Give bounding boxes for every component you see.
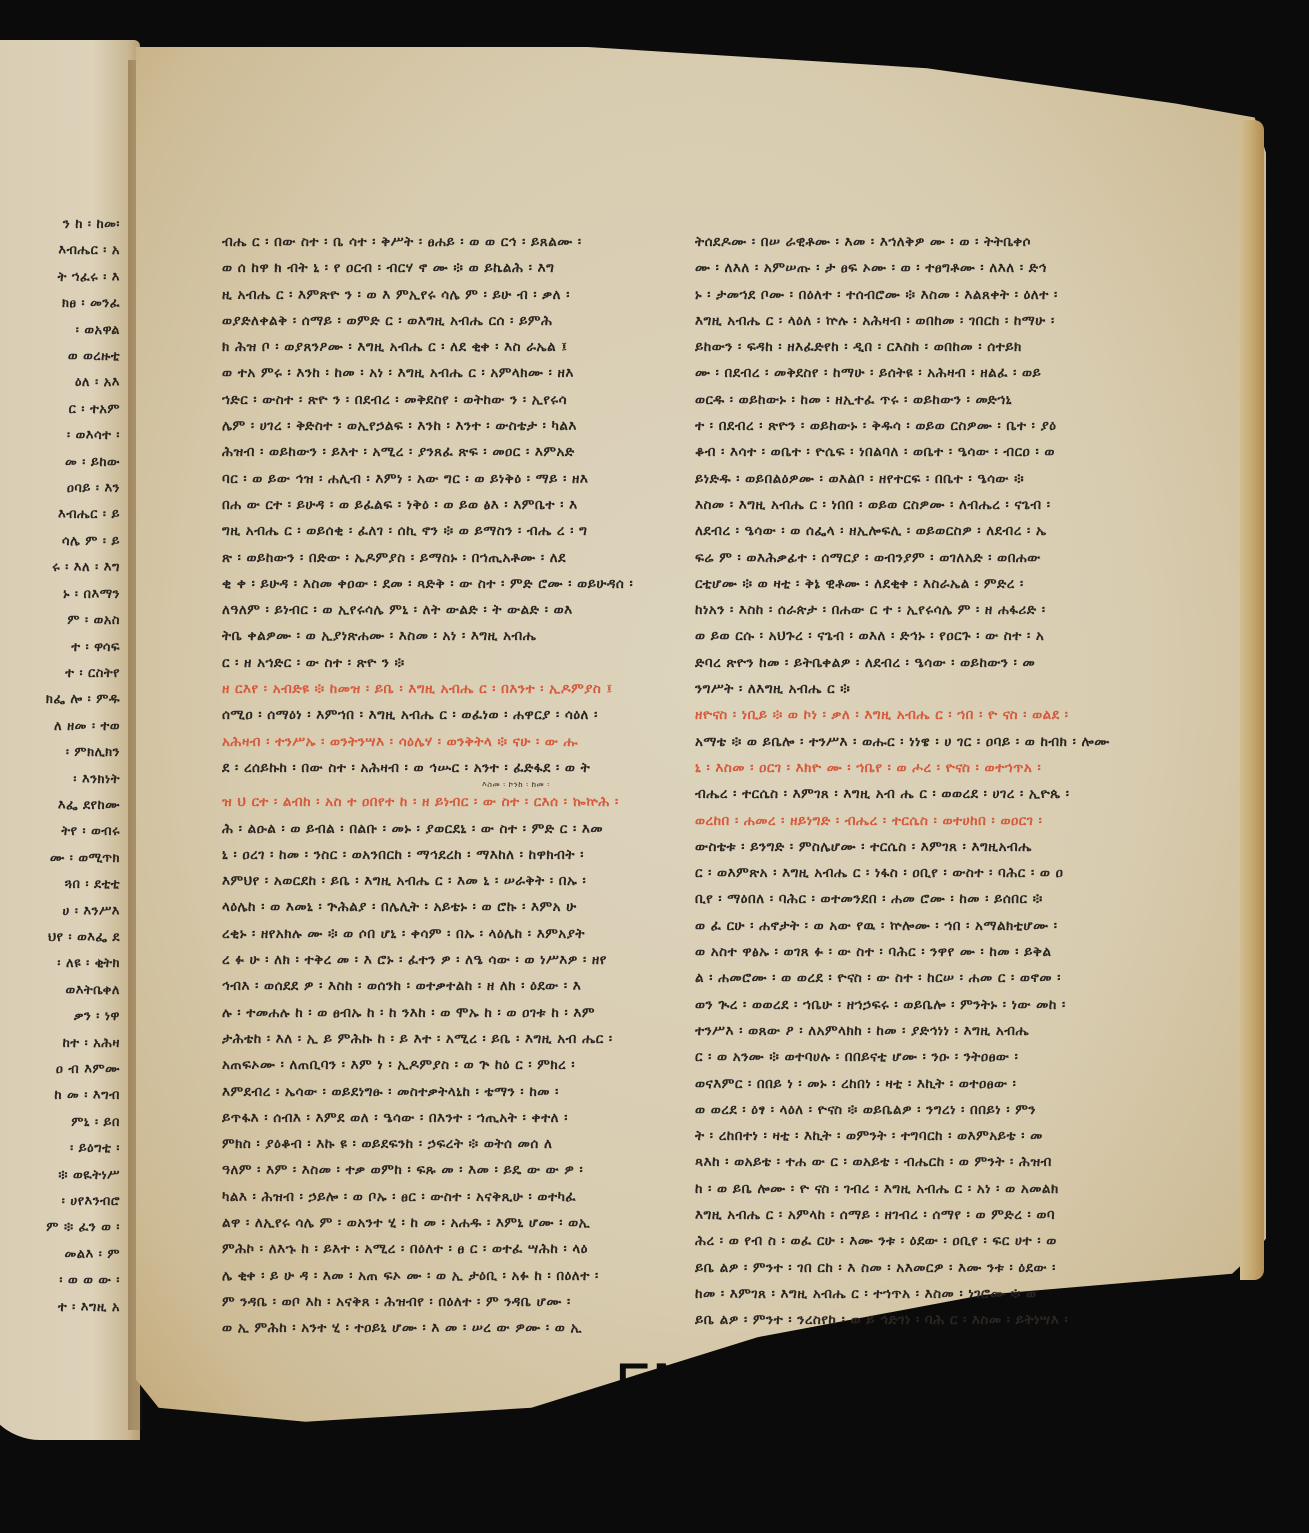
text-line: ልዋ ፡ ለኢየሩ ሳሌ ም ፡ ወአንተ ሂ ፡ ከ መ ፡ አሐዱ ፡ እም… xyxy=(222,1210,652,1236)
text-line: ወ አስተ ዋፅኡ ፡ ወገጸ ፉ ፡ ው ስተ ፡ ባሕር ፡ ንዋየ ሙ ፡… xyxy=(695,939,1115,965)
text-line: እብሔር ፡ ይ xyxy=(0,502,120,528)
text-line: ሰሚዐ ፡ ሰማዕነ ፡ እምኀበ ፡ እግዚ አብሔ ር ፡ ወፈነወ ፡ ሐ… xyxy=(222,702,652,728)
text-line: ር ፡ ተአም xyxy=(0,397,120,423)
rubric-line: ዘ ርእየ ፡ አብድዩ ፨ ከመዝ ፡ ይቤ ፡ እግዚ አብሔ ር ፡ በእ… xyxy=(222,676,652,702)
text-line: እምደብረ ፡ ኤሳው ፡ ወይደነግፁ ፡ መስተቃትላኒከ ፡ ቴማን ፡ … xyxy=(222,1079,652,1105)
text-line: ሕረ ፡ ወ የብ ስ ፡ ወፈ ርሁ ፡ እሙ ንቱ ፡ ዕደው ፡ ዐቢየ … xyxy=(695,1228,1115,1254)
text-line: ዐ ብ እምሙ xyxy=(0,1057,120,1083)
text-line: ተ ፡ በደብረ ፡ ጽዮን ፡ ወይከውኑ ፡ ቅዱሳ ፡ ወይወ ርስዎሙ … xyxy=(695,413,1115,439)
text-line: መ ፡ ይከው xyxy=(0,450,120,476)
text-line: ፨ ወዪትነሥ xyxy=(0,1163,120,1189)
text-line: ሕዝብ ፡ ወይከውን ፡ ይእተ ፡ አሚረ ፡ ያንጸፈ ጽፍ ፡ መዐር … xyxy=(222,439,652,465)
text-line: ኑ ፡ ታመኀደ ቦሙ ፡ በዕለተ ፡ ተሰብሮሙ ፨ እስመ ፡ እልጸቀት… xyxy=(695,282,1115,308)
text-line: ለዓለም ፡ ይነብር ፡ ወ ኢየሩሳሌ ምኒ ፡ ለት ውልድ ፡ ት ውል… xyxy=(222,597,652,623)
text-line: ል ፡ ሐመሮሙ ፡ ወ ወረደ ፡ ዮናስ ፡ ው ስተ ፡ ከርሠ ፡ ሐመ… xyxy=(695,965,1115,991)
text-line: ጻእከ ፡ ወአይቴ ፡ ተሐ ው ር ፡ ወአይቴ ፡ ብሔርከ ፡ ወ ምን… xyxy=(695,1149,1115,1175)
text-line: ወ ፈ ርሁ ፡ ሐኖታት ፡ ወ አው የዉ ፡ ኵሎሙ ፡ ኀበ ፡ አማል… xyxy=(695,913,1115,939)
text-line: ሕ ፡ ልዑል ፡ ወ ይብል ፡ በልቡ ፡ መኑ ፡ ያወርደኒ ፡ ው ስ… xyxy=(222,816,652,842)
text-line: ር ፡ ዘ አኀድር ፡ ው ስተ ፡ ጽዮ ን ፨ xyxy=(222,650,652,676)
text-line: ክ ሕዝ ቦ ፡ ወያጸንዖሙ ፡ እግዚ አብሔ ር ፡ ለደ ቂቀ ፡ እስ… xyxy=(222,334,652,360)
text-line: ወ ወረዙቲ xyxy=(0,344,120,370)
text-line: እስመ ፡ እግዚ አብሔ ር ፡ ነበበ ፡ ወይወ ርስዎሙ ፡ ለብሔረ … xyxy=(695,492,1115,518)
text-line: እግዚ አብሔ ር ፡ አምላከ ፡ ሰማይ ፡ ዘገብረ ፡ ሰማየ ፡ ወ … xyxy=(695,1202,1115,1228)
text-line: ፡ እንክነት xyxy=(0,767,120,793)
text-line: ዓለም ፡ እም ፡ እስመ ፡ ተቃ ወምከ ፡ ፍጹ መ ፡ እመ ፡ ይዴ… xyxy=(222,1157,652,1183)
text-column-right: ትሰደዶሙ ፡ በሠ ራዊቶሙ ፡ እመ ፡ እኀለቅዎ ሙ ፡ ወ ፡ ትትቤ… xyxy=(695,229,1115,1333)
text-line: ባር ፡ ወ ይው ኅዝ ፡ ሐሊብ ፡ እምነ ፡ አው ግር ፡ ወ ይነቅ… xyxy=(222,466,652,492)
text-line: መልእ ፡ ም xyxy=(0,1242,120,1268)
text-column-left: ብሔ ር ፡ በው ስተ ፡ ቤ ሳተ ፡ ቅሥት ፡ ፀሐይ ፡ ወ ወ ርኅ… xyxy=(222,229,652,1341)
text-line: ከነአን ፡ እስከ ፡ ሰራጵታ ፡ በሐው ር ተ ፡ ኢየሩሳሌ ም ፡ … xyxy=(695,597,1115,623)
text-line: አማቴ ፨ ወ ይቤሎ ፡ ተንሥእ ፡ ወሑር ፡ ነነዌ ፡ ሀ ገር ፡ … xyxy=(695,729,1115,755)
text-line: ወርዱ ፡ ወይከውኑ ፡ ከመ ፡ ዘኢተፈ ጥሩ ፡ ወይከውን ፡ መድኀ… xyxy=(695,387,1115,413)
manuscript-photo: ን ከ ፡ ከመ፡እብሔር ፡ አት ኀፈሩ ፡ እክፀ ፡ መንፈ፡ ወአዋል… xyxy=(0,0,1309,1533)
text-line: ሙ ፡ በደብረ ፡ መቅደስየ ፡ ከማሁ ፡ ይሰትዩ ፡ አሕዛብ ፡ ዘ… xyxy=(695,360,1115,386)
text-line: ክፌ ሎ ፡ ምዱ xyxy=(0,687,120,713)
text-line: እግዚ አብሔ ር ፡ ላዕለ ፡ ኵሉ ፡ አሕዛብ ፡ ወበከመ ፡ ገበር… xyxy=(695,308,1115,334)
text-line: ወን ጒረ ፡ ወወረደ ፡ ኀቤሁ ፡ ዘኀኃፍሩ ፡ ወይቤሎ ፡ ምንትኑ… xyxy=(695,992,1115,1018)
text-line: ፡ ወአዋል xyxy=(0,318,120,344)
text-line: ግዚ አብሔ ር ፡ ወይሰቂ ፡ ፈለገ ፡ ሰኪ ኖን ፨ ወ ይማስን ፡… xyxy=(222,518,652,544)
text-line: እፌ ደየከሙ xyxy=(0,793,120,819)
text-line: ሌ ቂቀ ፡ ይ ሁ ዳ ፡ እመ ፡ አጠ ፍኦ ሙ ፡ ወ ኢ ታዕቢ ፡ … xyxy=(222,1263,652,1289)
left-page-text-column: ን ከ ፡ ከመ፡እብሔር ፡ አት ኀፈሩ ፡ እክፀ ፡ መንፈ፡ ወአዋል… xyxy=(0,212,120,1321)
text-line: ት ፡ ረከበተነ ፡ ዛቲ ፡ እኪት ፡ ወምንት ፡ ተግባርከ ፡ ወእ… xyxy=(695,1123,1115,1149)
text-line: ን ከ ፡ ከመ፡ xyxy=(0,212,120,238)
text-line: ላዕሌከ ፡ ወ እመኒ ፡ ጕሕልያ ፡ በሌሊት ፡ አይቴኑ ፡ ወ ሮኩ… xyxy=(222,894,652,920)
text-line: ም ፨ ፈን ወ ፡ xyxy=(0,1215,120,1241)
text-line: ፡ ምክሊክን xyxy=(0,740,120,766)
interlinear-note: እስመ ፡ ኮንከ ፡ ከመ ፡ xyxy=(482,781,652,789)
text-line: እብሔር ፡ አ xyxy=(0,238,120,264)
rubric-line: አሕዛብ ፡ ተንሥኡ ፡ ወንትንሣእ ፡ ሳዕሌሃ ፡ ወንቅትላ ፨ ናሁ… xyxy=(222,729,652,755)
text-line: ንግሥት ፡ ለእግዚ አብሔ ር ፨ xyxy=(695,676,1115,702)
text-line: ር ፡ ወእምጽአ ፡ እግዚ አብሔ ር ፡ ነፋስ ፡ ዐቢየ ፡ ውስተ … xyxy=(695,860,1115,886)
rubric-line: ዘዮናስ ፡ ነቢይ ፨ ወ ኮነ ፡ ቃለ ፡ እግዚ አብሔ ር ፡ ኀበ … xyxy=(695,702,1115,728)
text-line: ወ ኢ ምሕከ ፡ አንተ ሂ ፡ ተዐይኒ ሆሙ ፡ እ መ ፡ ሠረ ው ዎ… xyxy=(222,1315,652,1341)
rubric-line: ወረከበ ፡ ሐመረ ፡ ዘይነግድ ፡ ብሔረ ፡ ተርሴስ ፡ ወተሀከበ … xyxy=(695,808,1115,834)
text-line: እምህየ ፡ አወርደከ ፡ ይቤ ፡ እግዚ አብሔ ር ፡ እመ ኒ ፡ ሠ… xyxy=(222,868,652,894)
text-line: ይከውን ፡ ፍዳከ ፡ ዘእፈድየከ ፡ ዲበ ፡ ርእስከ ፡ ወበከመ ፡… xyxy=(695,334,1115,360)
text-line: ም ፡ ወአስ xyxy=(0,608,120,634)
text-line: ለ ዘመ ፡ ተወ xyxy=(0,714,120,740)
text-line: ከተ ፡ አሕዛ xyxy=(0,1031,120,1057)
text-line: ደ ፡ ረሰይኩከ ፡ በው ስተ ፡ አሕዛብ ፡ ወ ኅሡር ፡ አንተ ፡… xyxy=(222,755,652,781)
text-line: ህየ ፡ ወእፌ ደ xyxy=(0,925,120,951)
text-line: ሌም ፡ ሀገረ ፡ ቅድስተ ፡ ወኢየኃልፍ ፡ እንከ ፡ እንተ ፡ ው… xyxy=(222,413,652,439)
text-line: ጓበ ፡ ደቲቲ xyxy=(0,872,120,898)
text-line: ሀ ፡ እንሥእ xyxy=(0,899,120,925)
rubric-line: ኒ ፡ እስመ ፡ ዐርገ ፡ እክዮ ሙ ፡ ኀቤየ ፡ ወ ሖረ ፡ ዮናስ… xyxy=(695,755,1115,781)
text-line: ቢየ ፡ ማዕበለ ፡ ባሕር ፡ ወተመንደበ ፡ ሐመ ሮሙ ፡ ከመ ፡ … xyxy=(695,886,1115,912)
text-line: ተ ፡ ዋሳፍ xyxy=(0,635,120,661)
text-line: ወእትቤቀለ xyxy=(0,978,120,1004)
text-line: ረቂኑ ፡ ዘየአክሉ ሙ ፨ ወ ሶበ ሆኒ ፡ ቀሳም ፡ በኡ ፡ ላዕሌ… xyxy=(222,921,652,947)
text-line: ዐባይ ፡ እን xyxy=(0,476,120,502)
text-line: ረ ፉ ሁ ፡ ለክ ፡ ተቅረ መ ፡ እ ሮኑ ፡ ፈተን ዎ ፡ ለዔ ሳ… xyxy=(222,947,652,973)
text-line: ተንሥእ ፡ ወጸው ዖ ፡ ለአምላክከ ፡ ከመ ፡ ያድኅነነ ፡ እግዚ… xyxy=(695,1018,1115,1044)
text-line: ሙ ፡ ለእለ ፡ አምሠጡ ፡ ታ ፀፍ ኦሙ ፡ ወ ፡ ተፀግቶሙ ፡ ለ… xyxy=(695,255,1115,281)
text-line: ትቤ ቀልዎሙ ፡ ወ ኢያነጽሐሙ ፡ እስመ ፡ አነ ፡ እግዚ አብሔ xyxy=(222,623,652,649)
text-line: ዚ አብሔ ር ፡ እምጽዮ ን ፡ ወ እ ምኢየሩ ሳሌ ም ፡ ይሁ ብ … xyxy=(222,282,652,308)
text-line: ቃን ፡ ነዋ xyxy=(0,1004,120,1030)
text-line: ታሕቴከ ፡ እለ ፡ ኢ ይ ምሕኩ ከ ፡ ይ እተ ፡ አሚረ ፡ ይቤ … xyxy=(222,1026,652,1052)
text-line: ርቲሆሙ ፨ ወ ዛቲ ፡ ቅኔ ዊቶሙ ፡ ለደቂቀ ፡ እስራኤል ፡ ምድ… xyxy=(695,571,1115,597)
text-line: ከ ፡ ወ ይቤ ሎሙ ፡ ዮ ናስ ፡ ገብረ ፡ እግዚ አብሔ ር ፡ አ… xyxy=(695,1176,1115,1202)
text-line: ኅብእ ፡ ወሰደደ ዎ ፡ እስከ ፡ ወሰንከ ፡ ወተቃተልከ ፡ ዘ ለ… xyxy=(222,973,652,999)
text-line: ት ኀፈሩ ፡ እ xyxy=(0,265,120,291)
text-line: ምክስ ፡ ያዕቆብ ፡ እኩ ዩ ፡ ወይደፍንከ ፡ ኃፍረት ፨ ወትሰ … xyxy=(222,1131,652,1157)
text-line: ይነድዱ ፡ ወይበልዕዎሙ ፡ ወእልቦ ፡ ዘየተርፍ ፡ በቤተ ፡ ዔሳ… xyxy=(695,466,1115,492)
text-line: ፡ ይዕግቲ ፡ xyxy=(0,1136,120,1162)
text-line: ክፀ ፡ መንፈ xyxy=(0,291,120,317)
text-line: ተ ፡ እግዚ አ xyxy=(0,1295,120,1321)
text-line: በሐ ው ርተ ፡ ይሁዳ ፡ ወ ይፈልፍ ፡ ነቅዕ ፡ ወ ይወ ፅእ ፡… xyxy=(222,492,652,518)
text-line: ከመ ፡ እምገጸ ፡ እግዚ አብሔ ር ፡ ተኀጥአ ፡ እስመ ፡ ነገሮ… xyxy=(695,1281,1115,1307)
text-line: ሙ ፡ ወሚጥክ xyxy=(0,846,120,872)
text-line: ተ ፡ ርስትየ xyxy=(0,661,120,687)
text-line: ከ መ ፡ እግብ xyxy=(0,1083,120,1109)
text-line: ይጥፋእ ፡ ሰብእ ፡ እምደ ወለ ፡ ዔሳው ፡ በእንተ ፡ ኀጢአት … xyxy=(222,1105,652,1131)
text-line: ብሔረ ፡ ተርሴስ ፡ እምገጸ ፡ እግዚ አብ ሔ ር ፡ ወወረደ ፡ … xyxy=(695,781,1115,807)
text-line: ኑ ፡ በእማን xyxy=(0,582,120,608)
text-line: ብሔ ር ፡ በው ስተ ፡ ቤ ሳተ ፡ ቅሥት ፡ ፀሐይ ፡ ወ ወ ርኅ… xyxy=(222,229,652,255)
text-line: ኀድር ፡ ውስተ ፡ ጽዮ ን ፡ በደብረ ፡ መቅደስየ ፡ ወትከው ን… xyxy=(222,387,652,413)
text-line: ፡ ለዩ ፡ ቂትክ xyxy=(0,951,120,977)
text-line: ም ንዳቤ ፡ ወቦ እከ ፡ አናቅጸ ፡ ሕዝብየ ፡ በዕለተ ፡ ም ን… xyxy=(222,1289,652,1315)
page-fore-edge xyxy=(1240,120,1264,1280)
text-line: ዕለ ፡ አእ xyxy=(0,370,120,396)
text-line: ውስቴቱ ፡ ይንግድ ፡ ምስሌሆሙ ፡ ተርሴስ ፡ እምገጸ ፡ እግዚአ… xyxy=(695,834,1115,860)
text-line: ፡ ሀየእንብሮ xyxy=(0,1189,120,1215)
text-line: ለደብረ ፡ ዔሳው ፡ ወ ሰፌላ ፡ ዘኢሎፍሊ ፡ ወይወርስዎ ፡ ለደ… xyxy=(695,518,1115,544)
text-line: ትየ ፡ ወብሩ xyxy=(0,819,120,845)
text-line: ቆብ ፡ እሳተ ፡ ወቤተ ፡ ዮሴፍ ፡ ነበልባለ ፡ ወቤተ ፡ ዔሳው… xyxy=(695,439,1115,465)
text-line: ሩ ፡ እለ ፡ እግ xyxy=(0,555,120,581)
text-line: ምሕኮ ፡ ለእኁ ከ ፡ ይእተ ፡ አሚረ ፡ በዕለተ ፡ ፀ ር ፡ ወ… xyxy=(222,1236,652,1262)
text-line: ፡ ወእሳተ ፡ xyxy=(0,423,120,449)
text-line: ይቤ ልዎ ፡ ምንተ ፡ ንረስየከ ፡ ወ ይ ኅድገነ ፡ ባሕ ር ፡ … xyxy=(695,1307,1115,1333)
text-line: ሉ ፡ ተመሐሉ ከ ፡ ወ ፀብኡ ከ ፡ ከ ንእከ ፡ ወ ሞኡ ከ ፡ … xyxy=(222,1000,652,1026)
text-line: ትሰደዶሙ ፡ በሠ ራዊቶሙ ፡ እመ ፡ እኀለቅዎ ሙ ፡ ወ ፡ ትትቤ… xyxy=(695,229,1115,255)
text-line: ፡ ወ ወ ው ፡ xyxy=(0,1268,120,1294)
text-line: ወ ሰ ከዋ ክ ብት ኒ ፡ የ ዐርብ ፡ ብርሃ ኖ ሙ ፨ ወ ይኬልሕ… xyxy=(222,255,652,281)
text-line: አጠፍኦሙ ፡ ለጠቢባን ፡ እም ነ ፡ ኢዶምያስ ፡ ወ ጕ ከዕ ር … xyxy=(222,1052,652,1078)
text-line: ይቤ ልዎ ፡ ምንተ ፡ ገበ ርከ ፡ እ ስመ ፡ አእመርዎ ፡ እሙ … xyxy=(695,1255,1115,1281)
text-line: ጽ ፡ ወይከውን ፡ በድው ፡ ኤዶምያስ ፡ ይማስኑ ፡ በኀጢአቶሙ … xyxy=(222,545,652,571)
text-line: ወያድለቀልቅ ፡ ሰማይ ፡ ወምድ ር ፡ ወእግዚ አብሔ ርሰ ፡ ይም… xyxy=(222,308,652,334)
text-line: ወ ይወ ርሱ ፡ አህጉረ ፡ ናጌብ ፡ ወእለ ፡ ድኅኑ ፡ የዐርጉ … xyxy=(695,623,1115,649)
text-line: ወናእምር ፡ በበይ ነ ፡ መኑ ፡ ረከበነ ፡ ዛቲ ፡ እኪት ፡ ወ… xyxy=(695,1071,1115,1097)
text-line: ቂ ቀ ፡ ይሁዳ ፡ እስመ ቀዐው ፡ ደመ ፡ ጻድቅ ፡ ው ስተ ፡ … xyxy=(222,571,652,597)
text-line: ር ፡ ወ አንሙ ፨ ወተባሀሉ ፡ በበይናቲ ሆሙ ፡ ንዑ ፡ ንትዐፀ… xyxy=(695,1044,1115,1070)
text-line: ወ ወረደ ፡ ዕፃ ፡ ላዕለ ፡ ዮናስ ፨ ወይቤልዎ ፡ ንግረነ ፡ … xyxy=(695,1097,1115,1123)
rubric-line: ዝ ህ ርተ ፡ ልብከ ፡ አስ ተ ዐበየተ ከ ፡ ዘ ይነብር ፡ ው … xyxy=(222,789,652,815)
text-line: ሳሌ ም ፡ ይ xyxy=(0,529,120,555)
text-line: ኒ ፡ ዐረገ ፡ ከመ ፡ ንስር ፡ ወአንበርከ ፡ ማኅደረከ ፡ ማእ… xyxy=(222,842,652,868)
manuscript-caption: EMIP 881 (17th) xyxy=(614,1352,1080,1422)
text-line: ወ ተአ ምሩ ፡ እንከ ፡ ከመ ፡ አነ ፡ እግዚ አብሔ ር ፡ አም… xyxy=(222,360,652,386)
text-line: ምኒ ፡ ይበ xyxy=(0,1110,120,1136)
text-line: ፍሬ ም ፡ ወእሕቃፊተ ፡ ሰማርያ ፡ ወብንያም ፡ ወገለአድ ፡ ወ… xyxy=(695,545,1115,571)
text-line: ድባረ ጽዮን ከመ ፡ ይትቤቀልዎ ፡ ለደብረ ፡ ዔሳው ፡ ወይከውን… xyxy=(695,650,1115,676)
text-line: ካልእ ፡ ሕዝብ ፡ ኃይሎ ፡ ወ ቦኡ ፡ ፀር ፡ ውስተ ፡ አናቅጺ… xyxy=(222,1184,652,1210)
